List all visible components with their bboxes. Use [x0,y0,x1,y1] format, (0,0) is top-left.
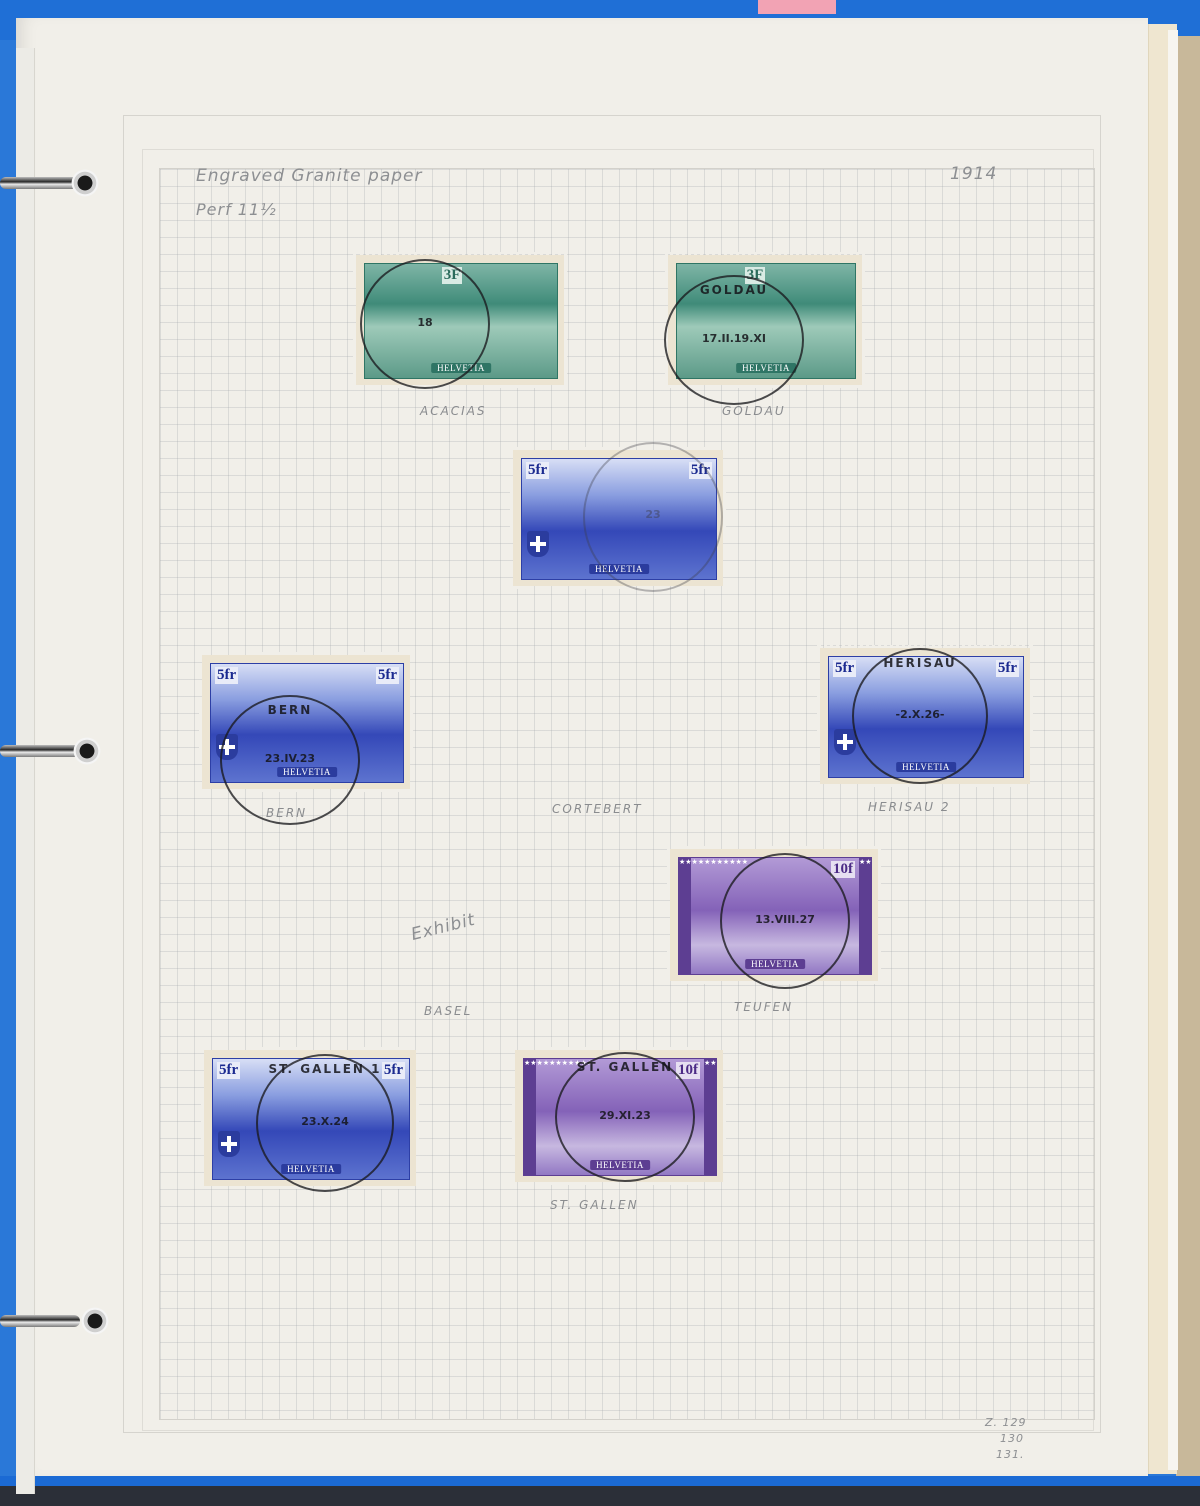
background-surface-bottom [0,1476,1200,1506]
catalogue-ref-3: 131. [996,1448,1025,1461]
stamp-st-gallen-violet: ★★★★★★★★★★★ ★★★★★★★★★★★ 10f HELVETIA ST.… [515,1050,723,1182]
swiss-cross-shield-icon [834,729,856,755]
caption-cortebert-empty-slot: CORTEBERT [552,802,643,816]
stamp-bern: 5fr 5fr HELVETIA BERN 23.IV.23 [202,655,410,789]
stamp-value: 10f [831,861,855,878]
stamp-value: 5fr [376,667,399,684]
caption-basel-empty-slot: BASEL [424,1004,472,1018]
heading-title: Engraved Granite paper [196,166,422,186]
stamp-value: 5fr [217,1062,240,1079]
star-border: ★★★★★★★★★★★ [859,858,871,974]
stamp-value: 5fr [996,660,1019,677]
binder-spine-strip [16,48,35,1494]
stamp-acacias: 3F HELVETIA 18 [356,255,564,385]
stamp-teufen: ★★★★★★★★★★★ ★★★★★★★★★★★ 10f HELVETIA 13.… [670,849,878,981]
star-border: ★★★★★★★★★★★ [524,1059,536,1175]
postmark: ST. GALLEN 1 23.X.24 [256,1054,394,1192]
caption-herisau: HERISAU 2 [868,800,951,814]
postmark: GOLDAU 17.II.19.XI [664,275,804,405]
postmark: 23 [583,442,723,592]
stamp-value: 5fr [526,462,549,479]
heading-perforation: Perf 11½ [196,200,277,219]
stamp-herisau: 5fr 5fr HELVETIA HERISAU -2.X.26- [820,648,1030,784]
star-border: ★★★★★★★★★★★ [679,858,691,974]
heading-year: 1914 [950,164,997,184]
caption-acacias: ACACIAS [420,404,487,418]
postmark: ST. GALLEN 29.XI.23 [555,1052,695,1182]
caption-teufen: TEUFEN [734,1000,793,1014]
stamp-st-gallen-blue: 5fr 5fr HELVETIA ST. GALLEN 1 23.X.24 [204,1050,416,1186]
postmark: 18 [360,259,490,389]
stamp-value: 5fr [215,667,238,684]
page-stack-edge [1168,30,1178,1470]
postmark: 13.VIII.27 [720,853,850,989]
catalogue-ref-1: Z. 129 [985,1416,1027,1429]
caption-st-gallen: ST. GALLEN [550,1198,639,1212]
swiss-cross-shield-icon [218,1131,240,1157]
stamp-5fr-center: 5fr 5fr HELVETIA 23 [513,450,723,586]
index-tab [758,0,836,14]
stamp-value: 5fr [833,660,856,677]
swiss-cross-shield-icon [527,531,549,557]
postmark: HERISAU -2.X.26- [852,648,988,784]
caption-goldau: GOLDAU [722,404,786,418]
caption-bern: BERN [266,806,307,820]
catalogue-ref-2: 130 [1000,1432,1024,1445]
star-border: ★★★★★★★★★★★ [704,1059,716,1175]
stamp-goldau: 3F HELVETIA GOLDAU 17.II.19.XI [668,255,862,385]
binder-cover-edge [1176,36,1200,1476]
